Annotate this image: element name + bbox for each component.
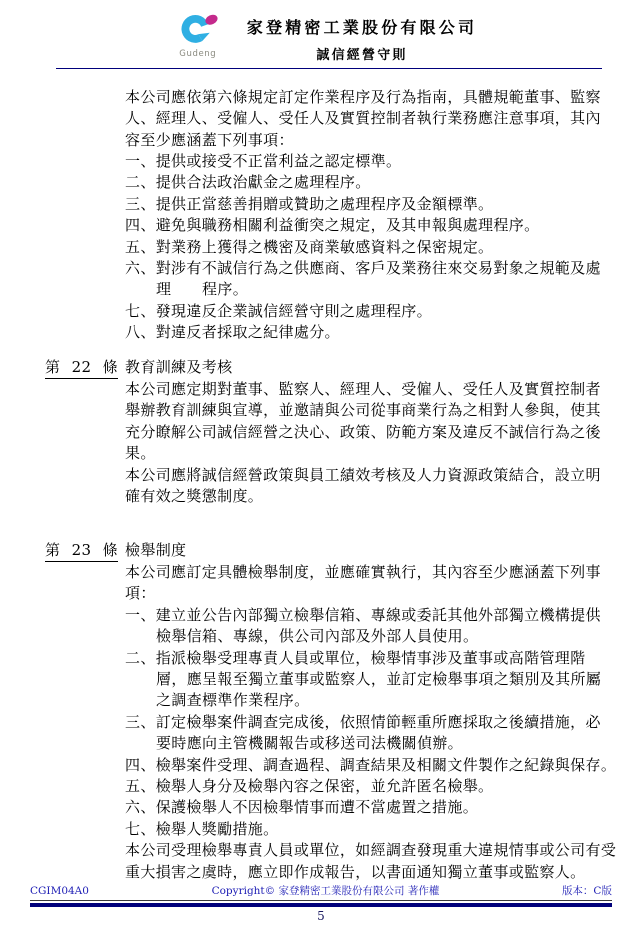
article-number-suffix: 條 <box>103 357 118 378</box>
header-titles: 家登精密工業股份有限公司 誠信經營守則 <box>247 8 477 63</box>
list-item: 一、建立並公告內部獨立檢舉信箱、專線或委託其他外部獨立機構提供檢舉信箱、專線，供… <box>125 605 604 648</box>
footer-copyright: Copyright© 家登精密工業股份有限公司 著作權 <box>212 883 440 898</box>
article-number-value: 23 <box>72 540 92 561</box>
list-item: 八、對違反者採取之紀律處分。 <box>125 322 604 343</box>
article-number-prefix: 第 <box>45 357 60 378</box>
list-item: 三、訂定檢舉案件調查完成後，依照情節輕重所應採取之後續措施，必要時應向主管機關報… <box>125 712 604 755</box>
article-number-suffix: 條 <box>103 540 118 561</box>
footer-info-row: CGIM04A0 Copyright© 家登精密工業股份有限公司 著作權 版本：… <box>30 883 612 901</box>
company-name: 家登精密工業股份有限公司 <box>247 15 477 38</box>
page-header: Gudeng 家登精密工業股份有限公司 誠信經營守則 <box>0 0 642 63</box>
list-item: 一、提供或接受不正當利益之認定標準。 <box>125 151 604 172</box>
logo-caption: Gudeng <box>179 49 216 59</box>
article-title: 檢舉制度 <box>125 540 186 561</box>
gudeng-logo-icon <box>169 8 227 48</box>
paragraph: 本公司應訂定具體檢舉制度，並應確實執行，其內容至少應涵蓋下列事項： <box>125 562 604 605</box>
article-22-heading: 第 22 條 教育訓練及考核 <box>45 357 642 379</box>
list-item: 二、指派檢舉受理專責人員或單位，檢舉情事涉及董事或高階管理階層，應呈報至獨立董事… <box>125 648 604 712</box>
paragraph: 本公司應依第六條規定訂定作業程序及行為指南，具體規範董事、監察人、經理人、受僱人… <box>125 87 604 151</box>
page-number: 5 <box>30 909 612 923</box>
article-number-prefix: 第 <box>45 540 60 561</box>
footer-version: 版本：C版 <box>562 883 612 898</box>
document-title: 誠信經營守則 <box>247 44 477 63</box>
list-item: 二、提供合法政治獻金之處理程序。 <box>125 172 604 193</box>
footer-doc-code: CGIM04A0 <box>30 885 89 897</box>
list-item: 六、保護檢舉人不因檢舉情事而遭不當處置之措施。 <box>125 797 604 818</box>
document-page: Gudeng 家登精密工業股份有限公司 誠信經營守則 本公司應依第六條規定訂定作… <box>0 0 642 928</box>
article-number: 第 22 條 <box>45 357 118 379</box>
page-footer: CGIM04A0 Copyright© 家登精密工業股份有限公司 著作權 版本：… <box>0 883 642 928</box>
paragraph: 本公司應定期對董事、監察人、經理人、受僱人、受任人及實質控制者舉辦教育訓練與宣導… <box>125 379 604 465</box>
paragraph: 本公司應將誠信經營政策與員工績效考核及人力資源政策結合，設立明確有效之獎懲制度。 <box>125 465 604 508</box>
article-23: 第 23 條 檢舉制度 本公司應訂定具體檢舉制度，並應確實執行，其內容至少應涵蓋… <box>45 540 642 884</box>
article-23-heading: 第 23 條 檢舉制度 <box>45 540 642 562</box>
company-logo: Gudeng <box>165 8 231 59</box>
list-item: 五、對業務上獲得之機密及商業敏感資料之保密規定。 <box>125 237 604 258</box>
article-number-value: 22 <box>72 357 92 378</box>
document-body: 本公司應依第六條規定訂定作業程序及行為指南，具體規範董事、監察人、經理人、受僱人… <box>0 69 642 883</box>
list-item: 七、發現違反企業誠信經營守則之處理程序。 <box>125 301 604 322</box>
list-item: 五、檢舉人身分及檢舉內容之保密，並允許匿名檢舉。 <box>125 776 604 797</box>
list-item: 七、檢舉人獎勵措施。 <box>125 819 604 840</box>
article-title: 教育訓練及考核 <box>125 357 232 378</box>
list-item: 三、提供正當慈善捐贈或贊助之處理程序及金額標準。 <box>125 194 604 215</box>
article-number: 第 23 條 <box>45 540 118 562</box>
list-item: 四、檢舉案件受理、調查過程、調查結果及相關文件製作之紀錄與保存。 <box>125 755 619 776</box>
footer-divider-rule <box>30 903 612 907</box>
list-item: 六、對涉有不誠信行為之供應商、客戶及業務往來交易對象之規範及處理 程序。 <box>125 258 604 301</box>
paragraph: 本公司受理檢舉專責人員或單位，如經調查發現重大違規情事或公司有受重大損害之虞時，… <box>125 840 619 883</box>
article-22: 第 22 條 教育訓練及考核 本公司應定期對董事、監察人、經理人、受僱人、受任人… <box>45 357 642 508</box>
list-item: 四、避免與職務相關利益衝突之規定，及其申報與處理程序。 <box>125 215 604 236</box>
